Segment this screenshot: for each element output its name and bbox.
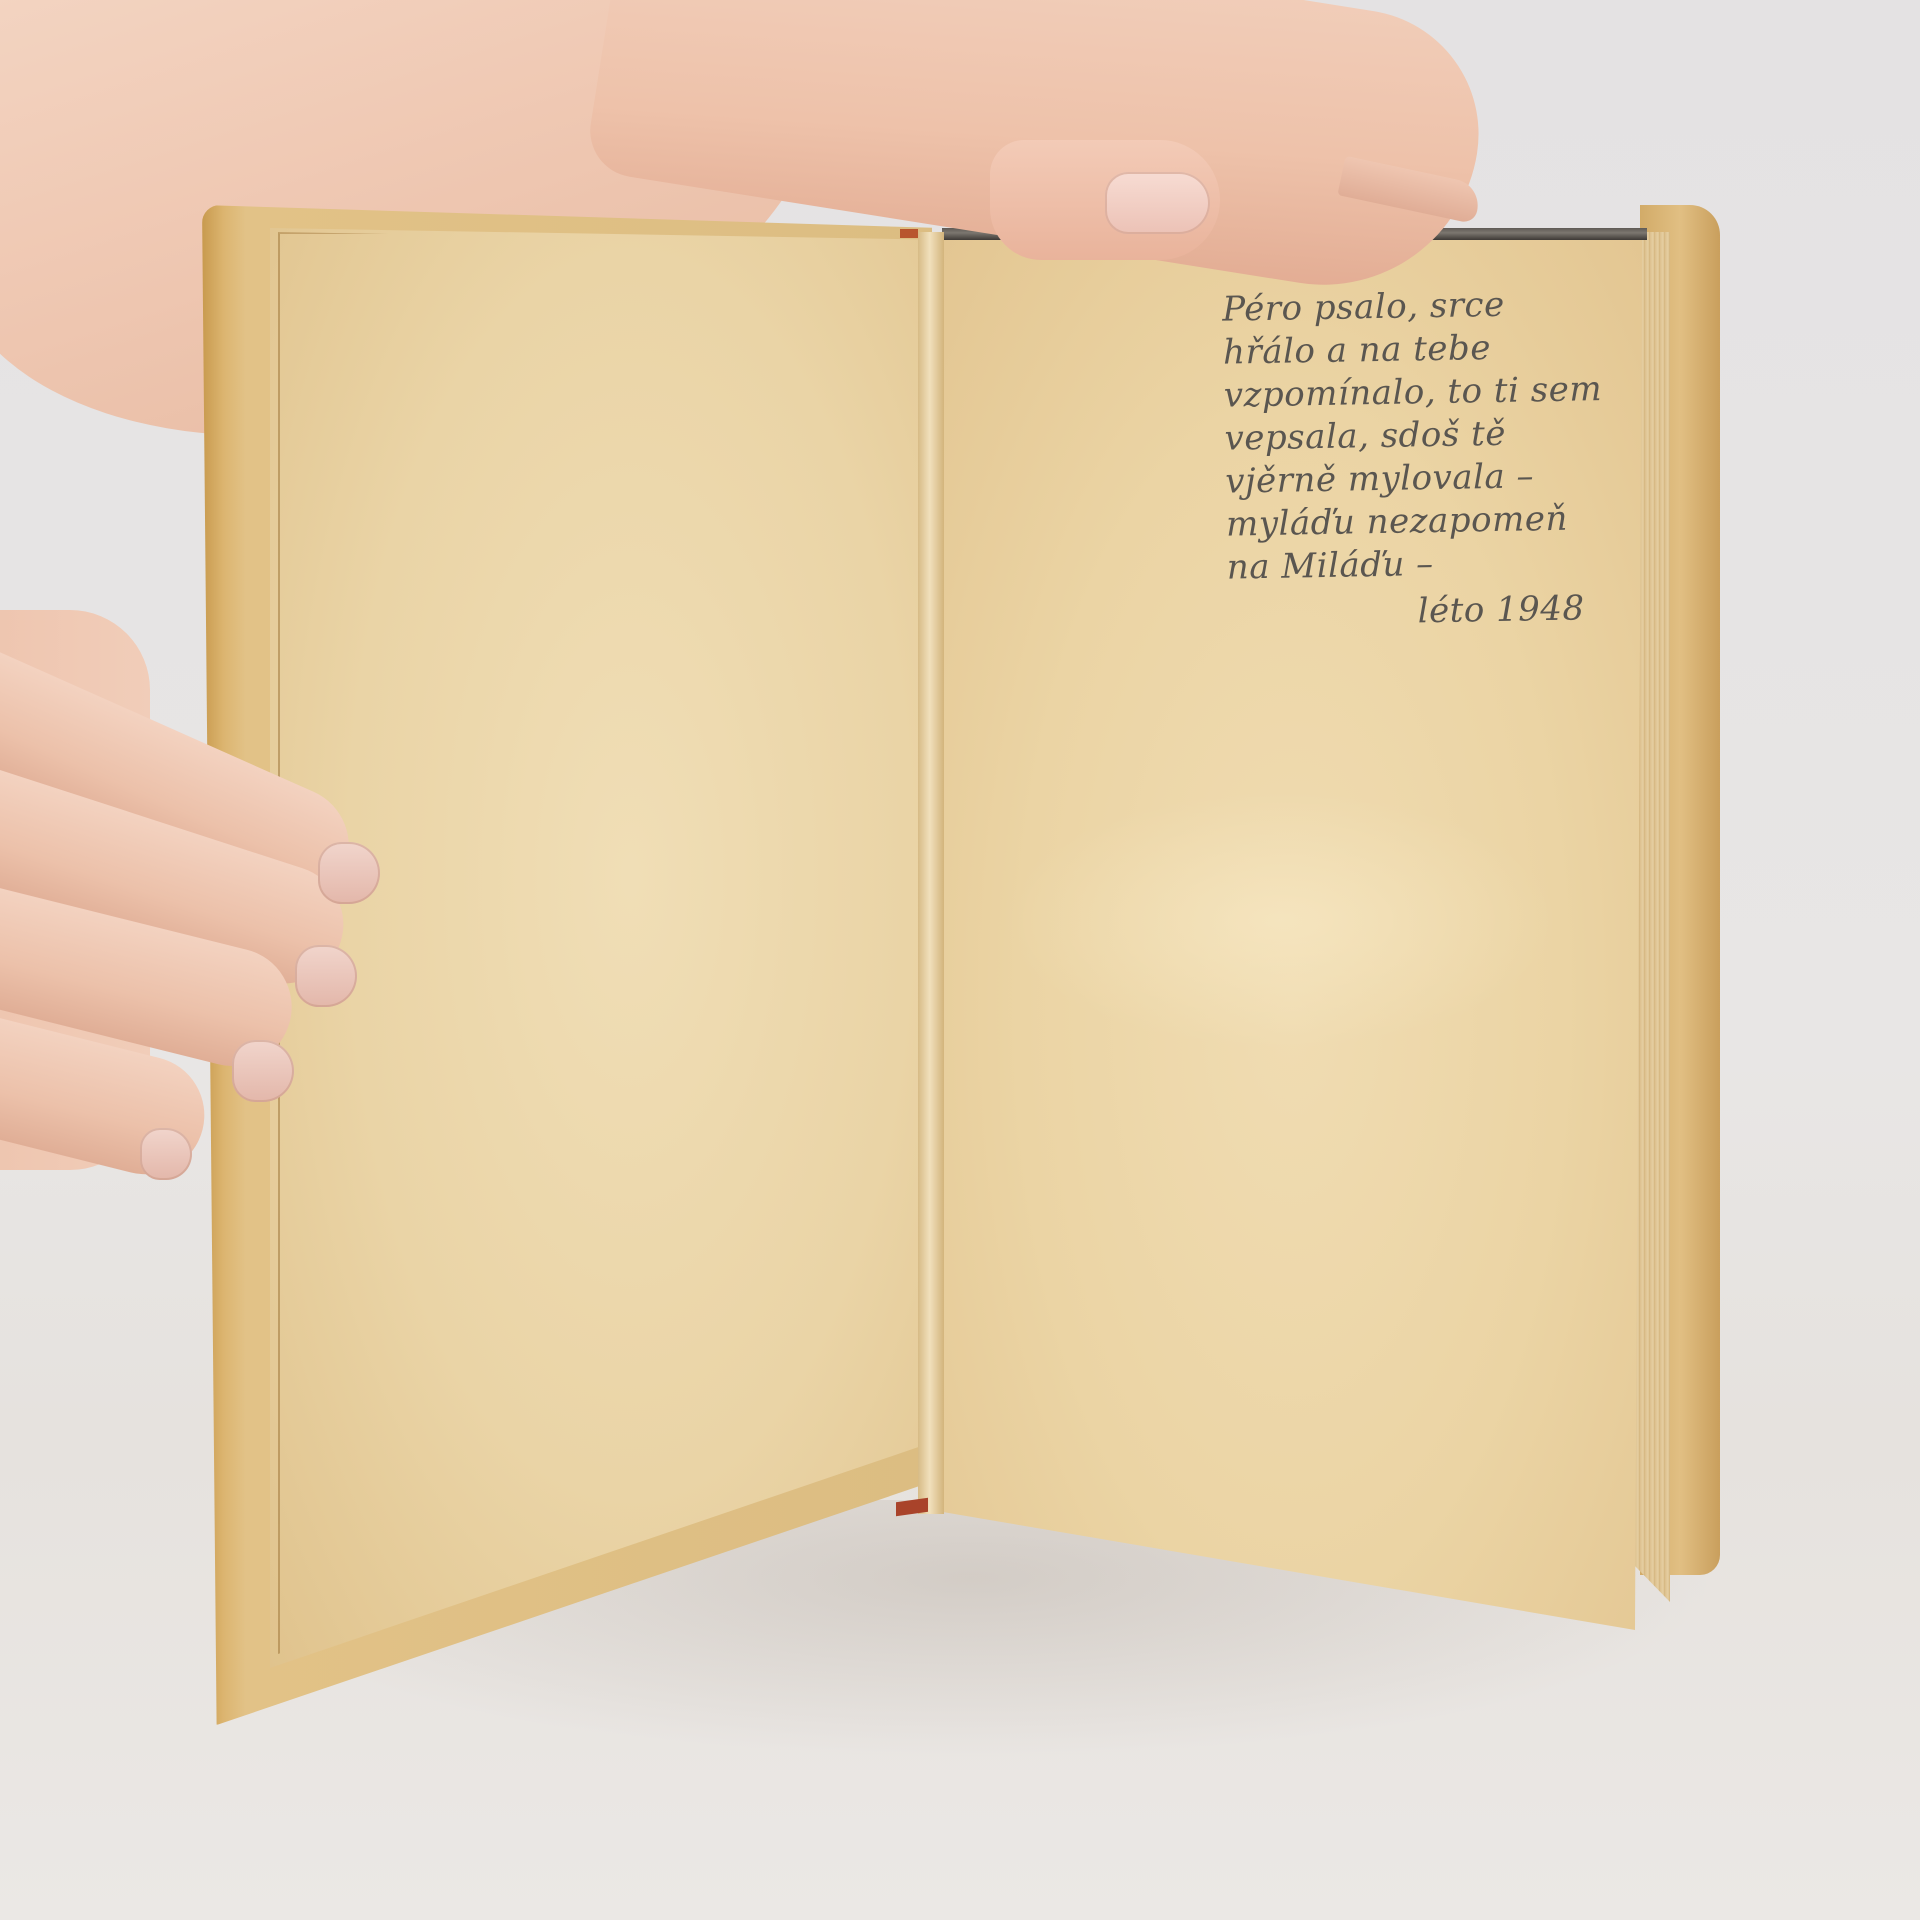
inscription-date: léto 1948 bbox=[1227, 586, 1648, 636]
inscription-line: vepsala, sdoš tě bbox=[1224, 410, 1645, 460]
page-highlight bbox=[1000, 790, 1560, 1050]
inscription-line: vzpomínalo, to ti sem bbox=[1223, 367, 1644, 417]
inscription-line: myláďu nezapomeň bbox=[1226, 496, 1647, 546]
left-endpaper-border-rule bbox=[278, 232, 920, 1654]
fingernail bbox=[318, 842, 380, 904]
fingernail bbox=[140, 1128, 192, 1180]
handwritten-inscription: Péro psalo, srce hřálo a na tebe vzpomín… bbox=[1222, 281, 1648, 636]
fingernail bbox=[232, 1040, 294, 1102]
inscription-line: na Miláďu – bbox=[1226, 539, 1647, 589]
inscription-line: hřálo a na tebe bbox=[1223, 324, 1644, 374]
headband-top bbox=[900, 229, 918, 238]
inscription-line: Péro psalo, srce bbox=[1222, 281, 1643, 331]
inscription-line: vjěrně mylovala – bbox=[1225, 453, 1646, 503]
fingernail bbox=[295, 945, 357, 1007]
photo-scene: Péro psalo, srce hřálo a na tebe vzpomín… bbox=[0, 0, 1920, 1920]
thumb-nail bbox=[1105, 172, 1210, 234]
book-gutter bbox=[918, 232, 944, 1514]
